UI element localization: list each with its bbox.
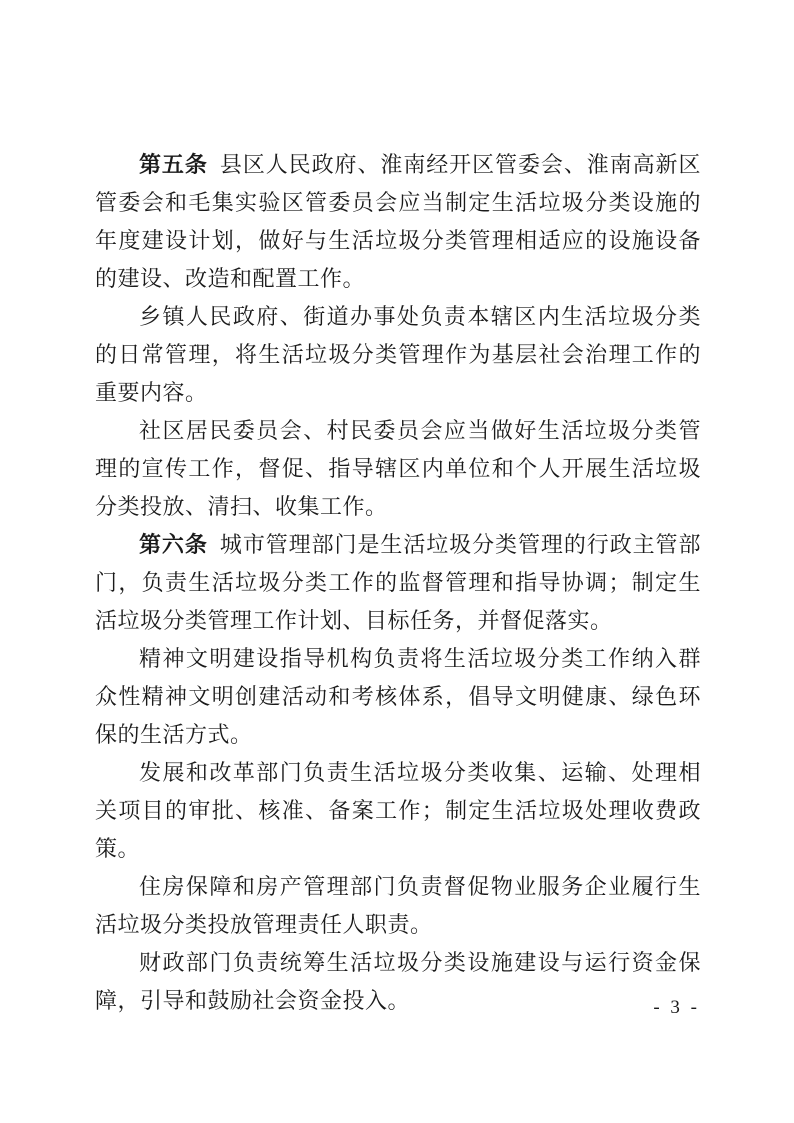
document-body: 第五条县区人民政府、淮南经开区管委会、淮南高新区管委会和毛集实验区管委员会应当制… xyxy=(95,146,701,1020)
paragraph: 财政部门负责统筹生活垃圾分类设施建设与运行资金保障，引导和鼓励社会资金投入。 xyxy=(95,944,701,1020)
article-number: 第五条 xyxy=(139,152,208,177)
paragraph-article-6: 第六条城市管理部门是生活垃圾分类管理的行政主管部门，负责生活垃圾分类工作的监督管… xyxy=(95,526,701,640)
article-number: 第六条 xyxy=(139,532,208,557)
paragraph: 住房保障和房产管理部门负责督促物业服务企业履行生活垃圾分类投放管理责任人职责。 xyxy=(95,868,701,944)
paragraph: 精神文明建设指导机构负责将生活垃圾分类工作纳入群众性精神文明创建活动和考核体系，… xyxy=(95,640,701,754)
page-number: - 3 - xyxy=(653,997,700,1019)
paragraph: 社区居民委员会、村民委员会应当做好生活垃圾分类管理的宣传工作，督促、指导辖区内单… xyxy=(95,412,701,526)
document-page: 第五条县区人民政府、淮南经开区管委会、淮南高新区管委会和毛集实验区管委员会应当制… xyxy=(0,0,794,1123)
paragraph-text: 乡镇人民政府、街道办事处负责本辖区内生活垃圾分类的日常管理，将生活垃圾分类管理作… xyxy=(95,304,701,405)
paragraph-text: 财政部门负责统筹生活垃圾分类设施建设与运行资金保障，引导和鼓励社会资金投入。 xyxy=(95,950,701,1013)
paragraph-article-5: 第五条县区人民政府、淮南经开区管委会、淮南高新区管委会和毛集实验区管委员会应当制… xyxy=(95,146,701,298)
paragraph-text: 住房保障和房产管理部门负责督促物业服务企业履行生活垃圾分类投放管理责任人职责。 xyxy=(95,874,701,937)
paragraph-text: 精神文明建设指导机构负责将生活垃圾分类工作纳入群众性精神文明创建活动和考核体系，… xyxy=(95,646,701,747)
paragraph-text: 社区居民委员会、村民委员会应当做好生活垃圾分类管理的宣传工作，督促、指导辖区内单… xyxy=(95,418,701,519)
paragraph: 乡镇人民政府、街道办事处负责本辖区内生活垃圾分类的日常管理，将生活垃圾分类管理作… xyxy=(95,298,701,412)
paragraph-text: 发展和改革部门负责生活垃圾分类收集、运输、处理相关项目的审批、核准、备案工作；制… xyxy=(95,760,701,861)
paragraph: 发展和改革部门负责生活垃圾分类收集、运输、处理相关项目的审批、核准、备案工作；制… xyxy=(95,754,701,868)
